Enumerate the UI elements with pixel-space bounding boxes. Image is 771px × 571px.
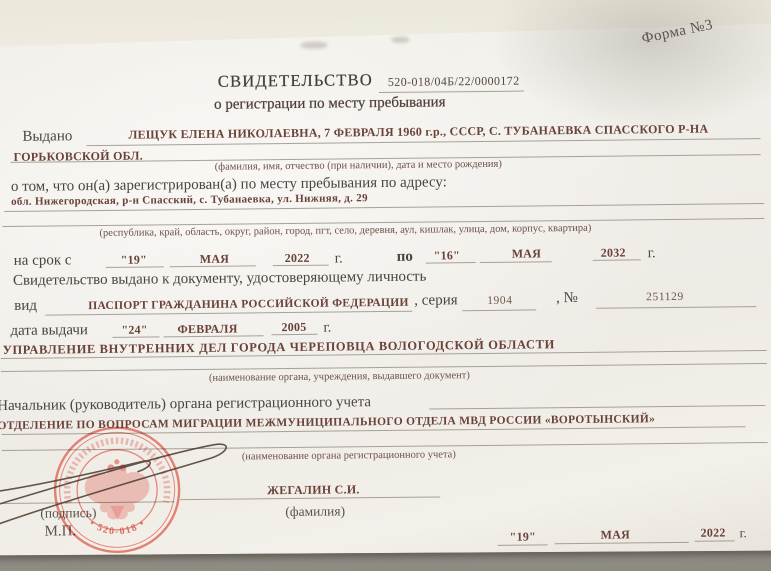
registrar-org-caption: (наименование органа регистрационного уч…	[242, 449, 456, 462]
address-value: обл. Нижегородская, р-н Спасский, с. Туб…	[11, 192, 368, 208]
ruled-line	[429, 405, 765, 410]
doc-kind-label: вид	[14, 298, 37, 315]
person-caption: (фамилия, имя, отчество (при наличии), д…	[215, 159, 502, 173]
doc-number-label: , №	[556, 290, 578, 307]
form-number-label: Форма №3	[640, 17, 714, 48]
period-from-month: МАЯ	[200, 252, 230, 267]
period-from-label: на срок с	[14, 252, 72, 270]
period-to-year: 2032	[601, 245, 626, 260]
doc-issue-day: "24"	[121, 322, 147, 337]
ruled-line	[462, 309, 536, 311]
period-from-year: 2022	[285, 251, 310, 266]
issued-to-label: Выдано	[22, 128, 72, 146]
ruled-line	[272, 334, 318, 335]
ruled-line	[593, 259, 641, 261]
surname-caption: (фамилия)	[285, 503, 345, 520]
registrar-surname: ЖЕГАЛИН С.И.	[267, 482, 360, 498]
period-to-day: "16"	[434, 248, 460, 263]
period-to-label: по	[397, 249, 413, 266]
smudge	[391, 37, 409, 43]
footer-date-suffix: г.	[740, 525, 747, 541]
doc-series-label: , серия	[414, 292, 458, 309]
signature-ink	[0, 431, 263, 544]
footer-date-year: 2022	[701, 525, 726, 540]
certificate-title: СВИДЕТЕЛЬСТВО	[218, 70, 373, 92]
form-content: Форма №3 СВИДЕТЕЛЬСТВО 520-018/04Б/22/00…	[0, 0, 771, 571]
address-caption: (республика, край, область, округ, район…	[99, 223, 591, 239]
footer-date-month: МАЯ	[601, 527, 631, 542]
registrar-head-label: Начальник (руководитель) органа регистра…	[0, 394, 371, 415]
ruled-line	[379, 91, 524, 94]
ruled-line	[480, 261, 552, 263]
doc-issue-year: 2005	[281, 320, 306, 335]
footer-date-day: "19"	[510, 529, 536, 544]
ruled-line	[273, 265, 329, 267]
certificate-subtitle: о регистрации по месту пребывания	[214, 94, 446, 113]
ruled-line	[498, 544, 548, 546]
ruled-line	[164, 335, 264, 337]
authority-caption: (наименование органа, учреждения, выдавш…	[209, 370, 470, 384]
document-photo: Форма №3 СВИДЕТЕЛЬСТВО 520-018/04Б/22/00…	[0, 0, 771, 571]
ruled-line	[596, 306, 756, 309]
smudge	[300, 42, 327, 49]
period-year-suffix-1: г.	[335, 250, 343, 267]
ruled-line	[113, 336, 160, 337]
ruled-line	[695, 540, 735, 541]
ruled-line	[106, 266, 164, 268]
period-year-suffix-2: г.	[648, 245, 656, 262]
doc-issue-year-suffix: г.	[323, 320, 331, 337]
period-to-month: МАЯ	[512, 246, 542, 261]
doc-number-value: 251129	[646, 291, 684, 303]
ruled-line	[555, 542, 689, 544]
period-from-day: "19"	[121, 252, 147, 267]
doc-kind-value: ПАСПОРТ ГРАЖДАНИНА РОССИЙСКОЙ ФЕДЕРАЦИИ	[88, 297, 409, 312]
identity-document-intro: Свидетельство выдано к документу, удосто…	[13, 269, 427, 290]
certificate-number: 520-018/04Б/22/0000172	[388, 74, 520, 90]
ruled-line	[170, 265, 256, 267]
doc-series-value: 1904	[487, 295, 513, 307]
doc-issue-date-label: дата выдачи	[10, 322, 88, 340]
ruled-line	[426, 262, 476, 264]
